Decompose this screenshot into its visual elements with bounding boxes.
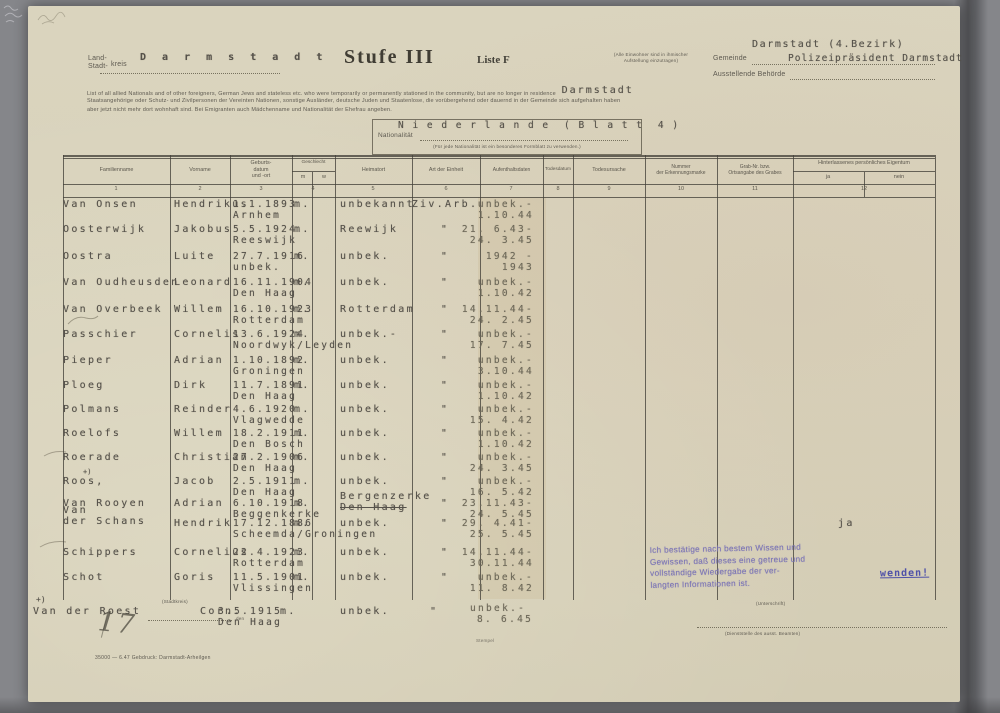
cell-aufenthaltsdaten: unbek.- 3.10.44	[459, 355, 534, 377]
pencil-scribble-corner	[36, 8, 76, 28]
intro-typed-darmstadt: Darmstadt	[562, 85, 634, 96]
print-footer: 35000 — 6.47 Gebdruck: Darmstadt-Arheilg…	[95, 655, 211, 661]
stadtkreis-label: (Stadtkreis)	[162, 599, 188, 605]
header-note: (Alle Einwohner sind in ihmischer Aufste…	[596, 52, 706, 63]
cell-vorname: Luite	[174, 251, 216, 262]
cell-geschlecht: m.	[294, 304, 311, 315]
cell-aufenthaltsdaten: unbek.- 24. 3.45	[459, 452, 534, 474]
cell-geschlecht: m.	[294, 572, 311, 583]
cell-geschlecht: m.	[294, 518, 311, 529]
cell-aufenthaltsdaten: unbek.- 17. 7.45	[459, 329, 534, 351]
landkreis-label: Land- Stadt-	[88, 55, 108, 71]
extra-geschlecht: m.	[280, 606, 297, 617]
cell-heimatort: unbek.	[340, 355, 390, 366]
cell-geschlecht: m.	[294, 476, 311, 487]
column-number: 8	[556, 186, 559, 192]
cell-heimatort: unbek.	[340, 380, 390, 391]
cell-familienname: Polmans	[63, 404, 121, 415]
col-aufenthaltsdaten: Aufenthaltsdaten	[480, 157, 543, 183]
col-todesursache: Todesursache	[573, 157, 645, 183]
table-row: Van Onsen Hendrikus 1.1.1893 Arnhem m. u…	[63, 199, 935, 223]
column-number: 11	[752, 186, 758, 192]
col-geburtsdatum: Geburts- datum und -ort	[230, 157, 292, 183]
cell-vorname: Reinder	[174, 404, 232, 415]
intro-line-2: Staatsangehörige oder Schutz- und Zivilp…	[87, 98, 917, 105]
cell-aufenthaltsdaten: unbek.- 1.10.44	[459, 199, 534, 221]
col-eigentum: Hinterlassenes persönliches Eigentum	[793, 157, 935, 170]
cell-geschlecht: m.	[294, 329, 311, 340]
table-row: Van der Schans Hendrik 17.12.1886 Scheem…	[63, 505, 935, 529]
cell-aufenthaltsdaten: 1942 - 1943	[459, 251, 534, 273]
wenden-note: wenden!	[880, 568, 929, 580]
cell-geburtsdatum: 5.5.1924 Reeswijk	[233, 224, 297, 246]
table-row: Ploeg Dirk 11.7.1891 Den Haag m. unbek. …	[63, 380, 935, 404]
cell-geschlecht: m.	[294, 547, 311, 558]
nationality-typed: N i e d e r l a n d e ( B l a t t 4 )	[398, 120, 680, 131]
cell-geburtsdatum: 2.5.1911 Den Haag	[233, 476, 297, 498]
cell-heimatort: unbek.	[340, 251, 390, 262]
bezirk-typed-value: Darmstadt (4.Bezirk)	[752, 39, 904, 50]
cell-vorname: Dirk	[174, 380, 207, 391]
column-number: 3	[259, 186, 262, 192]
cell-vorname: Adrian	[174, 355, 224, 366]
cell-vorname: Willem	[174, 304, 224, 315]
kreis-dotted-line	[100, 72, 280, 74]
column-number: 6	[444, 186, 447, 192]
cell-vorname: Cornelis	[174, 329, 241, 340]
column-number: 10	[678, 186, 684, 192]
cell-heimatort: unbekannt	[340, 199, 415, 210]
col-todesdatum: Todesdatum	[541, 157, 575, 183]
cell-heimatort: unbek.	[340, 547, 390, 558]
cell-geschlecht: m.	[294, 452, 311, 463]
intro-line-3: aber jetzt nicht mehr dort wohnhaft sind…	[87, 107, 687, 114]
cell-aufenthaltsdaten: 21. 6.43- 24. 3.45	[459, 224, 534, 246]
cell-heimatort: unbek.	[340, 476, 390, 487]
kreis-typed-value: D a r m s t a d t	[140, 52, 327, 63]
cell-familienname: Schot	[63, 572, 105, 583]
cell-vorname: Hendrik	[174, 518, 232, 529]
cell-familienname: Roerade	[63, 452, 121, 463]
cell-familienname: Ploeg	[63, 380, 105, 391]
cell-aufenthaltsdaten: 14.11.44- 30.11.44	[459, 547, 534, 569]
cell-vorname: Jacob	[174, 476, 216, 487]
cell-vorname: Jakobus	[174, 224, 232, 235]
cell-aufenthaltsdaten: unbek.- 16. 5.42	[459, 476, 534, 498]
col-geschlecht-w: w	[322, 174, 326, 180]
table-row: Oostra Luite 27.7.1916 unbek. m. unbek. …	[63, 251, 935, 275]
scanned-document-page: { "header": { "land_label": "Land-", "st…	[0, 0, 1000, 713]
cell-eigentum: ja	[838, 518, 855, 529]
cell-heimatort: Reewijk	[340, 224, 398, 235]
col-geschlecht-m: m	[301, 174, 306, 180]
table-row: +) Roos, Jacob 2.5.1911 Den Haag m. unbe…	[63, 476, 935, 500]
unterschrift-label: (Unterschrift)	[756, 601, 785, 607]
cell-familienname: Van Onsen	[63, 199, 138, 210]
cell-vorname: Leonard	[174, 277, 232, 288]
extra-geburtsort: Den Haag	[218, 617, 282, 628]
cell-geschlecht: m.	[294, 224, 311, 235]
col-art-der-einheit: Art der Einheit	[412, 157, 480, 183]
nationality-dotted-line	[420, 139, 628, 141]
column-number: 12	[861, 186, 867, 192]
table-row: Van Oudheusden Leonard 16.11.1904 Den Ha…	[63, 277, 935, 301]
certification-stamp: Ich bestätige nach bestem Wissen und Gew…	[650, 541, 829, 591]
cell-aufenthaltsdaten: unbek.- 1.10.42	[459, 428, 534, 450]
behoerde-typed-value: Polizeipräsident Darmstadt	[788, 53, 963, 64]
cell-heimatort: unbek.	[340, 518, 390, 529]
table-row: Passchier Cornelis 13.6.1924 Noordwyk/Le…	[63, 329, 935, 353]
column-number: 5	[371, 186, 374, 192]
column-number: 2	[198, 186, 201, 192]
cell-familienname: Roelofs	[63, 428, 121, 439]
cell-heimatort: unbek.	[340, 277, 390, 288]
col-erkennungsmarke: Nummer der Erkennungsmarke	[645, 157, 717, 183]
column-number: 7	[509, 186, 512, 192]
extra-aufenthalt-2: 8. 6.45	[477, 614, 533, 625]
extra-geburtsdatum: 3.5.1915	[218, 606, 282, 617]
col-eigentum-nein: nein	[894, 174, 904, 180]
column-number: 1	[114, 186, 117, 192]
cell-vorname: Willem	[174, 428, 224, 439]
cell-aufenthaltsdaten: unbek.- 11. 8.42	[459, 572, 534, 594]
cell-familienname: Van Oudheusden	[63, 277, 180, 288]
cell-familienname: Oosterwijk	[63, 224, 146, 235]
liste-label: Liste F	[477, 54, 510, 66]
extra-einheit: "	[430, 606, 438, 617]
intro-line-1: List of all allied Nationals and of othe…	[87, 89, 917, 98]
cell-geschlecht: m.	[294, 251, 311, 262]
cell-heimatort: unbek.-	[340, 329, 398, 340]
col-vorname: Vorname	[170, 157, 230, 183]
extra-aufenthalt-1: unbek.-	[470, 603, 526, 614]
cell-geschlecht: m.	[294, 404, 311, 415]
cell-aufenthaltsdaten: unbek.- 1.10.42	[459, 277, 534, 299]
cell-familienname: Schippers	[63, 547, 138, 558]
table-row: Roelofs Willem 18.2.1911 Den Bosch m. un…	[63, 428, 935, 452]
cell-geschlecht: m.	[294, 199, 311, 210]
cell-heimatort: unbek.	[340, 572, 390, 583]
footnote-marker: +)	[83, 468, 91, 476]
cell-heimatort: unbek.	[340, 428, 390, 439]
col-eigentum-ja: ja	[826, 174, 830, 180]
kreis-label: kreis	[111, 61, 127, 68]
table-row: Roerade Christian 27.2.1906 Den Haag m. …	[63, 452, 935, 476]
handwritten-number: 17	[96, 606, 137, 641]
cell-familienname: Oostra	[63, 251, 113, 262]
table-row: Van Overbeek Willem 16.10.1923 Rotterdam…	[63, 304, 935, 328]
land-label: Land-	[88, 55, 107, 62]
stempel-label: Stempel	[476, 638, 494, 644]
column-number: 4	[311, 186, 314, 192]
cell-aufenthaltsdaten: unbek.- 1.10.42	[459, 380, 534, 402]
stadt-label: Stadt-	[88, 63, 108, 70]
extra-plus-mark: +)	[36, 595, 46, 604]
cell-geburtsdatum: 1.1.1893 Arnhem	[233, 199, 297, 221]
table-row: Pieper Adrian 1.10.1892 Groningen m. unb…	[63, 355, 935, 379]
cell-aufenthaltsdaten: 14.11.44- 24. 2.45	[459, 304, 534, 326]
nationality-note: (Für jede Nationalität ist ein besondere…	[382, 144, 632, 150]
col-heimatort: Heimatort	[335, 157, 412, 183]
gemeinde-label: Gemeinde	[713, 55, 747, 62]
behoerde-dotted-line	[790, 78, 935, 80]
cell-familienname: Van der Schans	[63, 505, 146, 527]
cell-familienname: Van Overbeek	[63, 304, 163, 315]
cell-familienname: Pieper	[63, 355, 113, 366]
dienststelle-label: (Dienststelle des ausst. Beamten)	[725, 631, 800, 637]
col-familienname: Familienname	[63, 157, 170, 183]
cell-heimatort: unbek.	[340, 452, 390, 463]
cell-geschlecht: m.	[294, 277, 311, 288]
form-title: Stufe III	[344, 46, 435, 69]
extra-heimatort: unbek.	[340, 606, 390, 617]
signature-dotted-line	[697, 626, 947, 628]
col-geschlecht: Geschlecht	[290, 157, 337, 170]
table-row: Oosterwijk Jakobus 5.5.1924 Reeswijk m. …	[63, 224, 935, 248]
cell-familienname: Passchier	[63, 329, 138, 340]
cell-heimatort: Rotterdam	[340, 304, 415, 315]
cell-geschlecht: m.	[294, 355, 311, 366]
col-grab-nr: Grab-Nr. bzw. Ortsangabe des Grabes	[717, 157, 793, 183]
cell-familienname: +) Roos,	[63, 476, 105, 487]
nationality-label: Nationalität	[378, 132, 413, 139]
cell-aufenthaltsdaten: 29. 4.41- 25. 5.45	[459, 518, 534, 540]
cell-geschlecht: m.	[294, 428, 311, 439]
column-number: 9	[607, 186, 610, 192]
cell-aufenthaltsdaten: unbek.- 15. 4.42	[459, 404, 534, 426]
cell-geschlecht: m.	[294, 380, 311, 391]
behoerde-label: Ausstellende Behörde	[713, 71, 786, 78]
table-row: Polmans Reinder 4.6.1920 Vlagwedde m. un…	[63, 404, 935, 428]
scan-edge-shadow	[954, 0, 1000, 713]
cell-heimatort: unbek.	[340, 404, 390, 415]
cell-vorname: Goris	[174, 572, 216, 583]
